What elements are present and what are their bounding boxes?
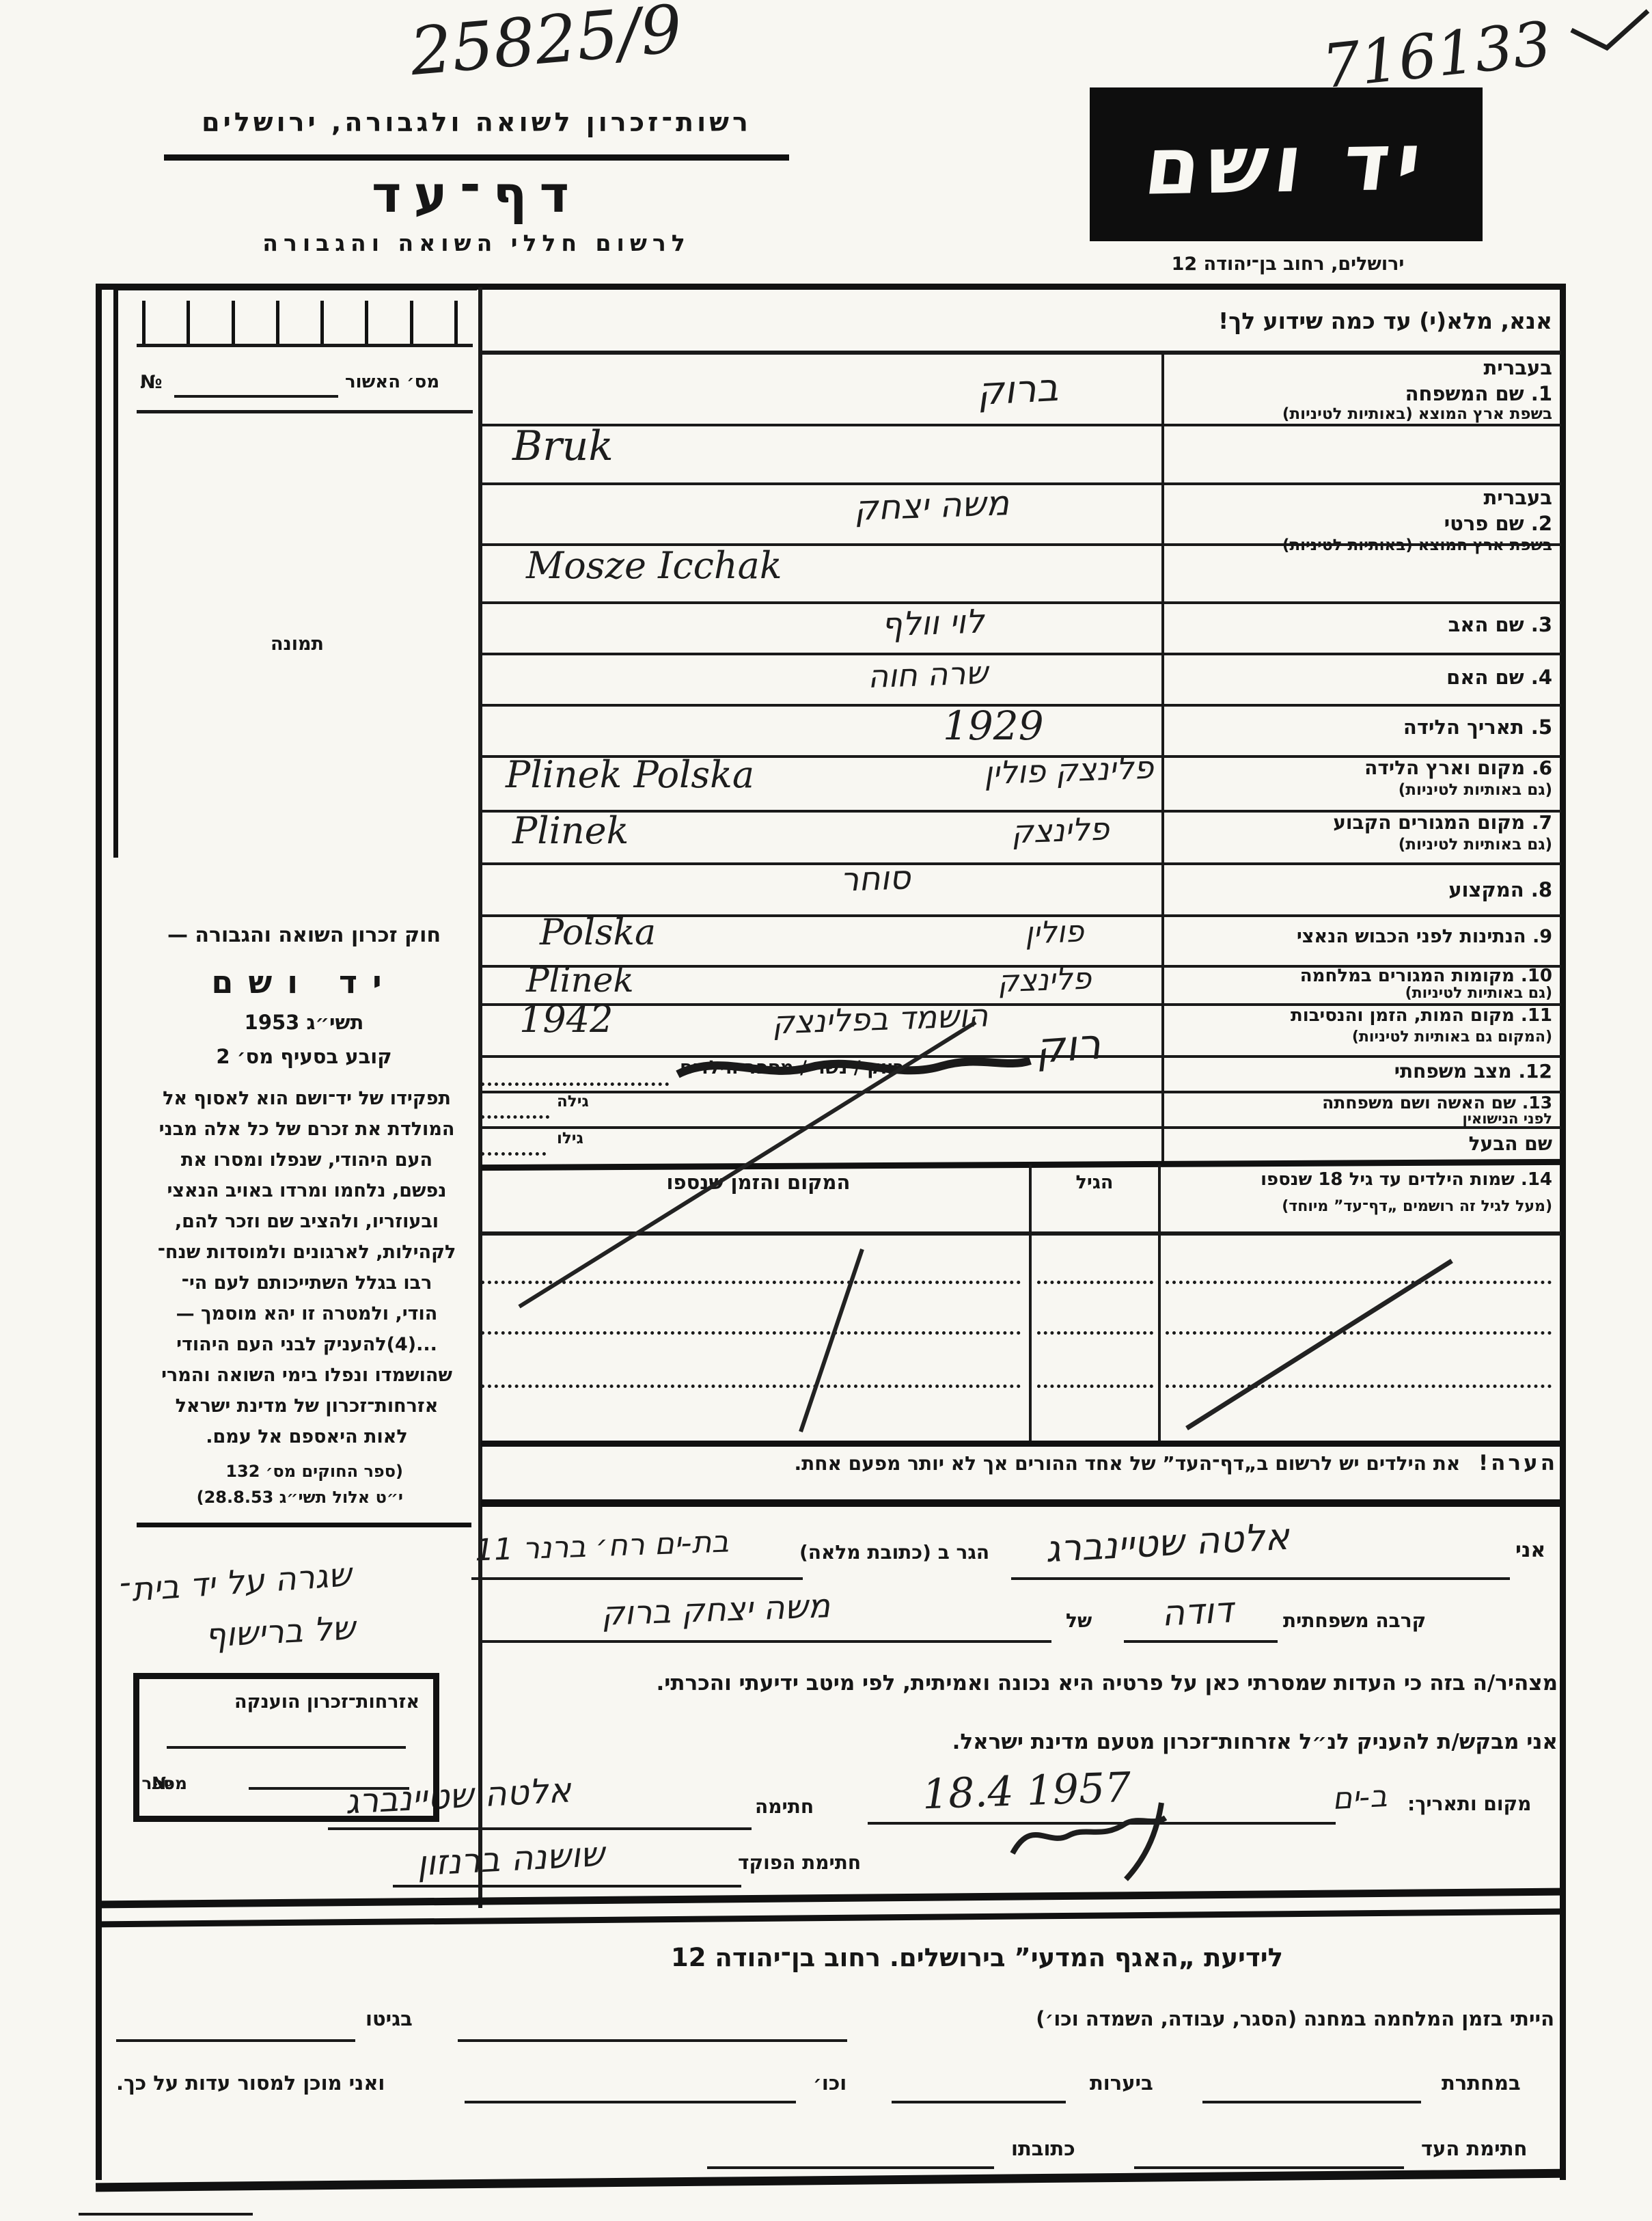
diagonal-slash-children-names — [1187, 1261, 1452, 1428]
field-number: 1. — [1531, 382, 1552, 405]
field-7-sub: (גם באותיות לטיניות) — [1168, 836, 1552, 854]
declaration-i-label: אני — [1515, 1539, 1545, 1562]
field-number: 7. — [1532, 811, 1552, 834]
box-border-left — [96, 284, 102, 2180]
field-number: 9. — [1532, 926, 1552, 947]
footer-camp-label: הייתי בזמן המלחמה במחנה (הסגר, עבודה, הש… — [864, 2008, 1554, 2030]
logo-address: ירושלים, רחוב בן־יהודה 12 — [1066, 254, 1510, 275]
marital-printed-options: רווק / נשוי / מספר הילדים — [680, 1058, 905, 1078]
answer-war-residence-latin: Plinek — [526, 961, 634, 999]
row-line — [481, 862, 1561, 865]
field-name: שם האם — [1446, 666, 1524, 689]
field-6-label: 6. מקום וארץ הלידה — [1168, 757, 1552, 778]
form-title: דף־עד — [164, 167, 789, 223]
header-rule — [164, 154, 789, 161]
footer-forests-label: ביערות — [1090, 2072, 1153, 2094]
citizenship-box-line — [167, 1746, 406, 1749]
date-handwritten: 18.4 1957 — [922, 1765, 1132, 1818]
sidebar-rule — [137, 1523, 471, 1527]
footer-etc-line — [465, 2101, 796, 2103]
check-mark-stroke — [1571, 11, 1648, 48]
field-name: מקום המות, הזמן והנסיבות — [1291, 1005, 1515, 1026]
field-name: הנתינות לפני הכבוש הנאצי — [1297, 926, 1526, 947]
footer-underground-line — [1202, 2101, 1421, 2103]
margin-note-handwritten-1: שגרה על יד בית־ — [119, 1557, 353, 1609]
answer-father-name: לוי וולף — [881, 603, 985, 644]
field-11-label: 11. מקום המות, הזמן והנסיבות — [1168, 1006, 1552, 1026]
field-2-label: 2. שם פרטי — [1168, 513, 1552, 534]
law-name: יד ושם — [137, 965, 471, 1000]
number-symbol: № — [140, 372, 162, 393]
relation-handwritten: דודה — [1161, 1590, 1235, 1634]
sidebar-divider — [478, 287, 482, 1908]
relation-line — [1124, 1640, 1278, 1643]
footer-underground-label: במחתרת — [1442, 2072, 1521, 2094]
husband-age-dotted — [481, 1152, 546, 1156]
stray-mark — [79, 2213, 253, 2216]
answer-mother-name: שרה חוה — [867, 655, 989, 695]
page-bottom-rule — [96, 2169, 1566, 2192]
children-note: הערה! את הילדים יש לרשום ב„דף־העד” של אח… — [492, 1452, 1558, 1475]
ticks-baseline — [137, 344, 473, 347]
field-number: 2. — [1531, 512, 1552, 535]
answer-firstname-latin: Mosze Icchak — [526, 545, 782, 586]
address-line — [471, 1577, 803, 1580]
row-line — [481, 482, 1561, 485]
law-text-line: רבו בגלל השתייכותם לעם הי־ — [142, 1268, 471, 1298]
photo-box-rule — [137, 410, 473, 413]
footer-title: לידיעת „האגף המדעי” בירושלים. רחוב בן־יה… — [649, 1944, 1305, 1972]
table-bottom-rule — [481, 1441, 1561, 1447]
answer-death-place: הושמד בפלינצק — [771, 998, 989, 1041]
law-clause: קובע בסעיף מס׳ 2 — [137, 1046, 471, 1067]
field-name: שם המשפחה — [1405, 382, 1524, 405]
field-2-lang: בעברית — [1168, 487, 1552, 508]
table-row-dotted — [1037, 1385, 1153, 1388]
field-name: מקום וארץ הלידה — [1364, 757, 1525, 779]
citizenship-number-symbol: № — [152, 1773, 172, 1793]
answer-profession: סוחר — [840, 860, 911, 899]
address-label: הגר ב (כתובת מלאה) — [799, 1542, 989, 1563]
field-7-label: 7. מקום המגורים הקבוע — [1168, 812, 1552, 833]
law-text-line: לאות היאספם אל עמם. — [142, 1421, 471, 1452]
field-name: המקצוע — [1448, 878, 1524, 901]
photo-label: תמונה — [253, 634, 342, 655]
table-header-children: 14. שמות הילדים עד גיל 18 שנספו — [1168, 1170, 1552, 1190]
instruction-rule — [481, 351, 1561, 355]
form-bottom-rule-2 — [101, 1909, 1560, 1928]
address-handwritten: בת-ים רח׳ ברנר 11 — [474, 1525, 729, 1568]
marital-dotted-line — [481, 1082, 669, 1086]
witness-name-handwritten: אלטה שטיינברג — [1045, 1516, 1291, 1570]
field-number: 8. — [1531, 878, 1552, 901]
table-header-children-sub: (מעל לגיל זה רושמים „דף־עד” מיוחד) — [1168, 1199, 1552, 1216]
field-name: תאריך הלידה — [1403, 716, 1524, 739]
field-8-label: 8. המקצוע — [1168, 879, 1552, 901]
footer-ghetto-line — [116, 2039, 355, 2042]
footer-testify-label: ואני מוכן למסור עדות על כך. — [116, 2072, 385, 2094]
law-text-line: הודי, ולמטרה זו יהא מוסמך — — [142, 1298, 471, 1329]
wife-age-label: גילה — [557, 1093, 589, 1111]
field-5-label: 5. תאריך הלידה — [1168, 716, 1552, 738]
footer-witness-sig-label: חתימת העד — [1421, 2138, 1527, 2159]
place-handwritten: ב-ים — [1332, 1780, 1388, 1816]
table-row-dotted — [481, 1331, 1021, 1335]
clerk-signature-handwritten: שושנה ברנזון — [416, 1835, 605, 1883]
table-row-dotted — [1037, 1281, 1153, 1284]
answer-firstname-hebrew: משה יצחק — [853, 484, 1010, 528]
field-1-label: 1. שם המשפחה — [1168, 383, 1552, 405]
field-4-label: 4. שם האם — [1168, 666, 1552, 688]
field-12-label: 12. מצב משפחתי — [1168, 1061, 1552, 1082]
footer-witness-sig-line — [1134, 2166, 1404, 2169]
law-text-line: ...(4)להעניק לבני העם היהודי — [142, 1329, 471, 1360]
relation-label: קרבה משפחתית — [1283, 1610, 1426, 1631]
field-6-sub: (גם באותיות לטיניות) — [1168, 782, 1552, 800]
field-name: שמות הילדים עד גיל 18 שנספו — [1261, 1169, 1515, 1190]
signature-line — [328, 1827, 752, 1830]
law-year: תשי״ג 1953 — [137, 1011, 471, 1033]
law-text-line: לקהילות, לארגונים ולמוסדות שנח־ — [142, 1237, 471, 1268]
witness-name-line — [1011, 1577, 1510, 1580]
footer-forests-line — [892, 2101, 1066, 2103]
answer-marital-status: רוק — [1034, 1020, 1103, 1072]
footer-address-line — [707, 2166, 994, 2169]
perforation-ticks — [142, 301, 458, 344]
wife-age-dotted — [481, 1115, 549, 1119]
yad-vashem-logo-text: יד ושם — [1140, 115, 1433, 213]
law-ref-2: י״ט אלול תשי״ג 28.8.53) — [157, 1488, 403, 1507]
note-text: את הילדים יש לרשום ב„דף־העד” של אחד ההור… — [794, 1452, 1460, 1475]
field-number: 6. — [1532, 757, 1552, 779]
row-line — [481, 653, 1561, 655]
answer-surname-latin: Bruk — [512, 424, 614, 469]
answer-citizenship-latin: Polska — [540, 913, 656, 953]
field-1-sub: בשפת ארץ המוצא (באותיות לטיניות) — [1168, 406, 1552, 424]
field-name: שם פרטי — [1444, 512, 1524, 535]
of-label: של — [1066, 1610, 1092, 1631]
table-header-place: המקום והזמן שנספו — [519, 1171, 997, 1193]
row-line — [481, 601, 1561, 604]
footer-etc-label: וכו׳ — [813, 2072, 846, 2094]
field-name: מקומות המגורים במלחמה — [1300, 966, 1515, 986]
field-name: שם האב — [1448, 613, 1524, 636]
yad-vashem-logo: יד ושם — [1090, 87, 1483, 241]
law-text-line: אזרחות־זכרון של מדינת ישראל — [142, 1391, 471, 1421]
field-11-sub: (המקום גם באותיות לטיניות) — [1168, 1029, 1552, 1046]
answer-surname-hebrew: ברוק — [976, 367, 1059, 414]
table-header-age: הגיל — [1033, 1173, 1156, 1193]
scribble-flourish — [1126, 1803, 1161, 1879]
clerk-signature-line — [393, 1885, 741, 1888]
field-number: 12. — [1518, 1060, 1552, 1082]
row-line — [481, 424, 1561, 426]
law-text-line: ובעוזריו, ולהציב שם וזכר להם, — [142, 1206, 471, 1237]
table-row-dotted — [481, 1281, 1021, 1284]
field-number: 4. — [1531, 666, 1552, 689]
law-text-line: העם היהודי, שנפלו ומסרו את — [142, 1145, 471, 1175]
field-number: 11. — [1521, 1005, 1552, 1026]
table-col-line-1 — [1029, 1164, 1032, 1442]
receipt-number-label: מס׳ האשור — [345, 372, 439, 392]
diagonal-slash-children-place — [801, 1249, 862, 1432]
husband-name-label: שם הבעל — [1168, 1133, 1552, 1154]
field-13-sub: לפני הנישואין — [1168, 1111, 1552, 1128]
file-number-left: 25825/9 — [407, 0, 685, 90]
table-row-dotted — [481, 1385, 1021, 1388]
field-number: 14. — [1521, 1169, 1552, 1190]
field-name: שם האשה ושם משפחתה — [1322, 1093, 1516, 1113]
answer-birthplace-hebrew: פלינצק פולין — [983, 750, 1154, 791]
field-2-sub: בשפת ארץ המוצא (באותיות לטיניות) — [1168, 537, 1552, 555]
citizenship-number-line — [249, 1787, 409, 1790]
victim-name-line — [481, 1640, 1051, 1643]
answer-residence-hebrew: פלינצק — [1010, 812, 1110, 850]
signature-label: חתימה — [755, 1796, 814, 1817]
date-line — [868, 1822, 1336, 1825]
table-row-dotted — [1166, 1281, 1552, 1284]
note-bottom-rule — [481, 1499, 1561, 1507]
table-header-rule — [481, 1231, 1561, 1236]
form-subtitle: לרשום חללי השואה והגבורה — [164, 231, 789, 256]
daf-ed-testimony-page: 25825/9 716133 רשות־זכרון לשואה ולגבורה,… — [0, 0, 1652, 2221]
authority-title: רשות־זכרון לשואה ולגבורה, ירושלים — [164, 108, 789, 137]
answer-war-residence-hebrew: פלינצק — [997, 962, 1092, 999]
answer-citizenship-hebrew: פולין — [1024, 915, 1084, 951]
husband-age-label: גילו — [557, 1130, 583, 1148]
receipt-number-line — [174, 395, 338, 398]
place-date-label: מקום ותאריך: — [1407, 1793, 1531, 1814]
clerk-signature-label: חתימת הפוקד — [738, 1852, 861, 1873]
footer-address-label: כתובתו — [1011, 2138, 1075, 2159]
field-9-label: 9. הנתינות לפני הכבוש הנאצי — [1168, 927, 1552, 947]
margin-note-handwritten-2: של ברישוף — [204, 1610, 356, 1654]
victim-name-handwritten: משה יצחק ברוק — [601, 1588, 831, 1633]
law-heading: חוק זכרון השואה והגבורה — — [137, 924, 471, 947]
field-10-sub: (גם באותיות לטיניות) — [1168, 985, 1552, 1003]
law-text-line: שהושמדו ונפלו בימי השואה והמרי — [142, 1360, 471, 1391]
table-row-dotted — [1166, 1331, 1552, 1335]
citizenship-box: אזרחות־זכרון הוענקה מספר № — [133, 1673, 439, 1822]
field-10-label: 10. מקומות המגורים במלחמה — [1168, 966, 1552, 986]
table-row-dotted — [1166, 1385, 1552, 1388]
field-number: 13. — [1522, 1093, 1552, 1113]
declaration-request: אני מבקש/ת להעניק לנ״ל אזרחות־זכרון מטעם… — [492, 1730, 1558, 1754]
field-number: 3. — [1531, 613, 1552, 636]
citizenship-box-title: אזרחות־זכרון הוענקה — [139, 1691, 419, 1713]
answer-birthplace-latin: Plinek Polska — [506, 754, 754, 795]
field-name: מקום המגורים הקבוע — [1333, 811, 1525, 834]
field-13-label: 13. שם האשה ושם משפחתה — [1168, 1093, 1552, 1113]
declaration-statement: מצהיר/ה בזה כי העדות שמסרתי כאן על פרטיה… — [492, 1672, 1558, 1695]
footer-ghetto-label: בגיטו — [366, 2008, 413, 2030]
law-text-line: המולדת את זכרם של כל אלה מבני — [142, 1114, 471, 1145]
footer-camp-line — [458, 2039, 847, 2042]
field-number: 5. — [1531, 716, 1552, 739]
fill-instruction: אנא, מלא(י) עד כמה שידוע לך! — [1168, 309, 1552, 334]
answer-death-year: 1942 — [519, 999, 613, 1040]
law-text-line: תפקידו של יד־ושם הוא לאסוף אל — [142, 1083, 471, 1114]
form-bottom-rule-1 — [101, 1888, 1560, 1909]
row-line — [481, 1055, 1561, 1058]
table-col-line-2 — [1158, 1164, 1161, 1442]
field-number: 10. — [1521, 966, 1552, 986]
answer-birth-year: 1929 — [943, 704, 1044, 748]
field-name: מצב משפחתי — [1394, 1060, 1512, 1082]
law-text-line: נפשם, נלחמו ומרדו באויב הנאצי — [142, 1175, 471, 1206]
field-1-lang: בעברית — [1168, 357, 1552, 379]
table-row-dotted — [1037, 1331, 1153, 1335]
law-text-block: תפקידו של יד־ושם הוא לאסוף אל המולדת את … — [142, 1083, 471, 1452]
law-ref-1: (ספר החוקים מס׳ 132 — [157, 1462, 403, 1481]
answer-residence-latin: Plinek — [512, 810, 629, 851]
note-bold: הערה! — [1478, 1451, 1558, 1475]
field-3-label: 3. שם האב — [1168, 614, 1552, 636]
